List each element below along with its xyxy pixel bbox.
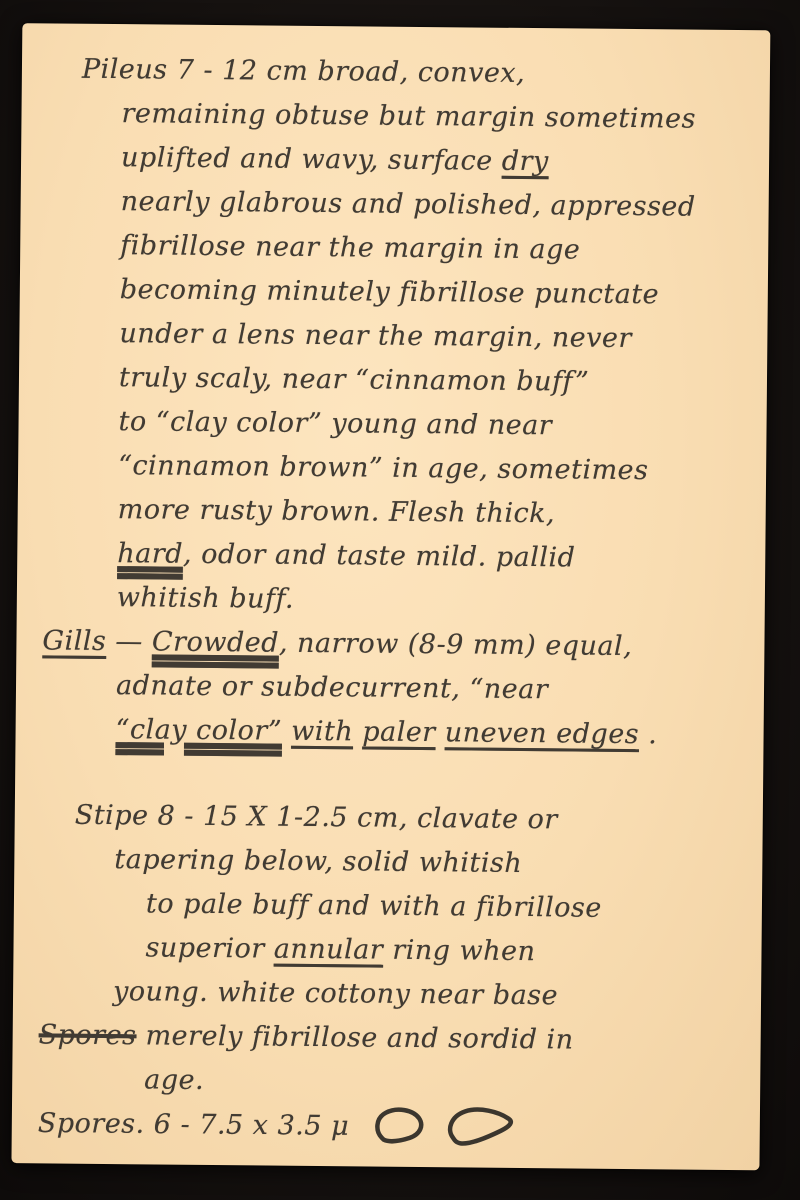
text-segment: to “clay color” young and near bbox=[118, 406, 552, 441]
handwritten-line: age. bbox=[32, 1057, 746, 1108]
handwritten-line: superior annular ring when bbox=[33, 925, 747, 976]
text-segment: Spores. 6 - 7.5 x 3.5 μ bbox=[38, 1108, 350, 1142]
handwritten-line: tapering below, solid whitish bbox=[34, 837, 748, 888]
text-segment: whitish buff. bbox=[117, 582, 295, 615]
text-segment: becoming minutely fibrillose punctate bbox=[120, 274, 660, 310]
handwritten-line: remaining obtuse but margin sometimes bbox=[41, 91, 755, 142]
section-spores: Spores. 6 - 7.5 x 3.5 μ bbox=[32, 1101, 746, 1154]
text-segment: Stipe 8 - 15 X 1-2.5 cm, clavate or bbox=[75, 800, 558, 836]
text-segment: age. bbox=[144, 1064, 204, 1096]
text-segment: adnate or subdecurrent, “near bbox=[116, 670, 548, 705]
text-segment: Gills bbox=[42, 625, 106, 657]
section-gills: Gills — Crowded, narrow (8-9 mm) equal,a… bbox=[35, 619, 750, 758]
handwritten-line: uplifted and wavy, surface dry bbox=[41, 135, 755, 186]
text-segment: remaining obtuse but margin sometimes bbox=[121, 98, 696, 135]
handwritten-line: “clay color” with paler uneven edges . bbox=[35, 707, 749, 758]
text-segment: Crowded bbox=[152, 626, 279, 658]
text-segment: superior bbox=[145, 932, 274, 964]
text-segment: more rusty brown. Flesh thick, bbox=[118, 494, 556, 529]
handwritten-line: under a lens near the margin, never bbox=[39, 311, 753, 362]
handwritten-line: young. white cottony near base bbox=[33, 969, 747, 1020]
note-text: Pileus 7 - 12 cm broad, convex,remaining… bbox=[32, 47, 757, 1154]
handwritten-line: to “clay color” young and near bbox=[38, 399, 752, 450]
text-segment: nearly glabrous and polished, appressed bbox=[121, 186, 696, 223]
handwritten-line: fibrillose near the margin in age bbox=[40, 223, 754, 274]
text-segment: tapering below, solid whitish bbox=[114, 844, 522, 879]
text-segment: with bbox=[291, 716, 353, 748]
text-segment: hard bbox=[117, 538, 183, 570]
handwritten-line: more rusty brown. Flesh thick, bbox=[38, 487, 752, 538]
text-segment bbox=[353, 716, 362, 747]
handwritten-line: becoming minutely fibrillose punctate bbox=[40, 267, 754, 318]
handwritten-line: to pale buff and with a fibrillose bbox=[34, 881, 748, 932]
handwritten-line: nearly glabrous and polished, appressed bbox=[40, 179, 754, 230]
handwritten-line: truly scaly, near “cinnamon buff” bbox=[39, 355, 753, 406]
text-segment: paler bbox=[362, 716, 436, 748]
spore-sketch bbox=[371, 1105, 515, 1152]
text-segment: — bbox=[106, 626, 152, 657]
text-segment: annular bbox=[274, 934, 384, 966]
handwritten-line: adnate or subdecurrent, “near bbox=[36, 663, 750, 714]
text-segment: truly scaly, near “cinnamon buff” bbox=[119, 362, 590, 398]
text-segment: “clay color” bbox=[115, 714, 282, 747]
handwritten-line: Gills — Crowded, narrow (8-9 mm) equal, bbox=[36, 619, 750, 670]
section-stipe: Stipe 8 - 15 X 1-2.5 cm, clavate ortaper… bbox=[32, 793, 749, 1108]
text-segment: , odor and taste mild. pallid bbox=[183, 539, 576, 574]
text-segment: under a lens near the margin, never bbox=[119, 318, 632, 354]
text-segment: Spores bbox=[39, 1019, 137, 1051]
spore-outline-icon bbox=[371, 1105, 429, 1148]
text-segment: , narrow (8-9 mm) equal, bbox=[279, 628, 633, 662]
handwritten-line: Stipe 8 - 15 X 1-2.5 cm, clavate or bbox=[35, 793, 749, 844]
handwritten-line: Pileus 7 - 12 cm broad, convex, bbox=[42, 47, 756, 98]
text-segment: “cinnamon brown” in age, sometimes bbox=[118, 450, 649, 486]
handwritten-line: Spores. 6 - 7.5 x 3.5 μ bbox=[32, 1101, 746, 1154]
text-segment: Pileus 7 - 12 cm broad, convex, bbox=[82, 54, 526, 89]
text-segment: to pale buff and with a fibrillose bbox=[146, 888, 602, 923]
photo-background: Pileus 7 - 12 cm broad, convex,remaining… bbox=[0, 0, 800, 1200]
text-segment: dry bbox=[502, 146, 549, 177]
text-segment: uplifted and wavy, surface bbox=[121, 142, 502, 177]
handwritten-line: whitish buff. bbox=[37, 575, 751, 626]
handwritten-line: hard, odor and taste mild. pallid bbox=[37, 531, 751, 582]
text-segment: uneven edges bbox=[445, 717, 640, 750]
spore-outline-icon bbox=[443, 1105, 515, 1152]
handwritten-line: Spores merely fibrillose and sordid in bbox=[32, 1013, 746, 1064]
section-pileus: Pileus 7 - 12 cm broad, convex,remaining… bbox=[37, 47, 756, 626]
handwritten-line: “cinnamon brown” in age, sometimes bbox=[38, 443, 752, 494]
text-segment: fibrillose near the margin in age bbox=[120, 230, 580, 265]
text-segment bbox=[282, 716, 291, 747]
note-card: Pileus 7 - 12 cm broad, convex,remaining… bbox=[11, 23, 770, 1170]
text-segment: ring when bbox=[383, 935, 536, 967]
text-segment: merely fibrillose and sordid in bbox=[136, 1020, 573, 1055]
text-segment: young. white cottony near base bbox=[113, 976, 558, 1011]
text-segment: . bbox=[639, 719, 657, 750]
